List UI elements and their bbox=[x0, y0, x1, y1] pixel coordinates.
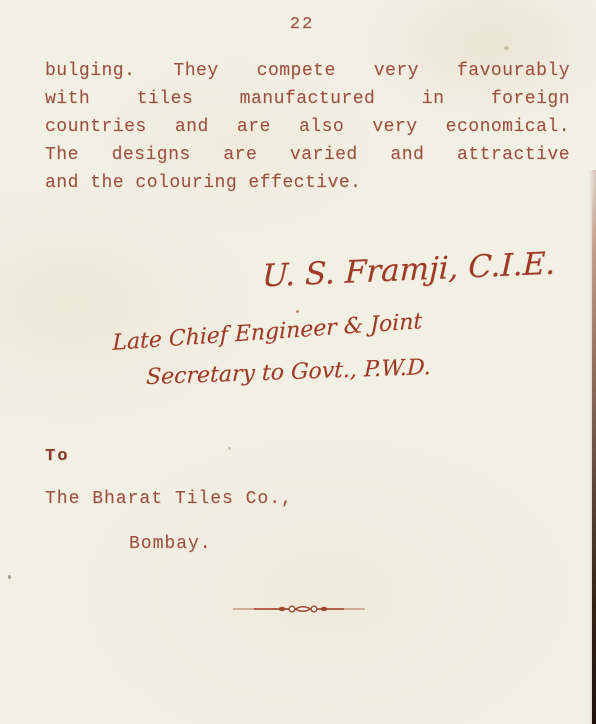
paragraph-line: and the colouring effective. bbox=[45, 169, 570, 197]
page-number: 22 bbox=[280, 15, 324, 34]
paragraph-line: with tiles manufactured in foreign bbox=[45, 85, 570, 113]
paper-speck bbox=[8, 575, 11, 579]
book-page-edge bbox=[592, 185, 596, 724]
paragraph-line: The designs are varied and attractive bbox=[45, 141, 570, 169]
paper-speck bbox=[296, 310, 299, 313]
typed-paragraph: bulging. They compete very favourably wi… bbox=[45, 57, 570, 197]
scanned-document-page: { "page": { "number": "22" }, "paragraph… bbox=[0, 0, 596, 724]
salutation-to: To bbox=[45, 447, 69, 466]
ornamental-divider-icon bbox=[232, 601, 366, 617]
paper-speck bbox=[504, 46, 509, 50]
paper-speck bbox=[228, 447, 231, 450]
recipient-city: Bombay. bbox=[129, 534, 212, 554]
paragraph-line: countries and are also very economical. bbox=[45, 113, 570, 141]
handwritten-title-line-1: Late Chief Engineer & Joint bbox=[112, 309, 422, 356]
paragraph-line: bulging. They compete very favourably bbox=[45, 57, 570, 85]
handwritten-signature: U. S. Framji, C.I.E. bbox=[262, 246, 556, 295]
handwritten-title-line-2: Secretary to Govt., P.W.D. bbox=[146, 355, 432, 390]
book-page-edge-shadow bbox=[587, 170, 596, 724]
recipient-name: The Bharat Tiles Co., bbox=[45, 489, 293, 509]
